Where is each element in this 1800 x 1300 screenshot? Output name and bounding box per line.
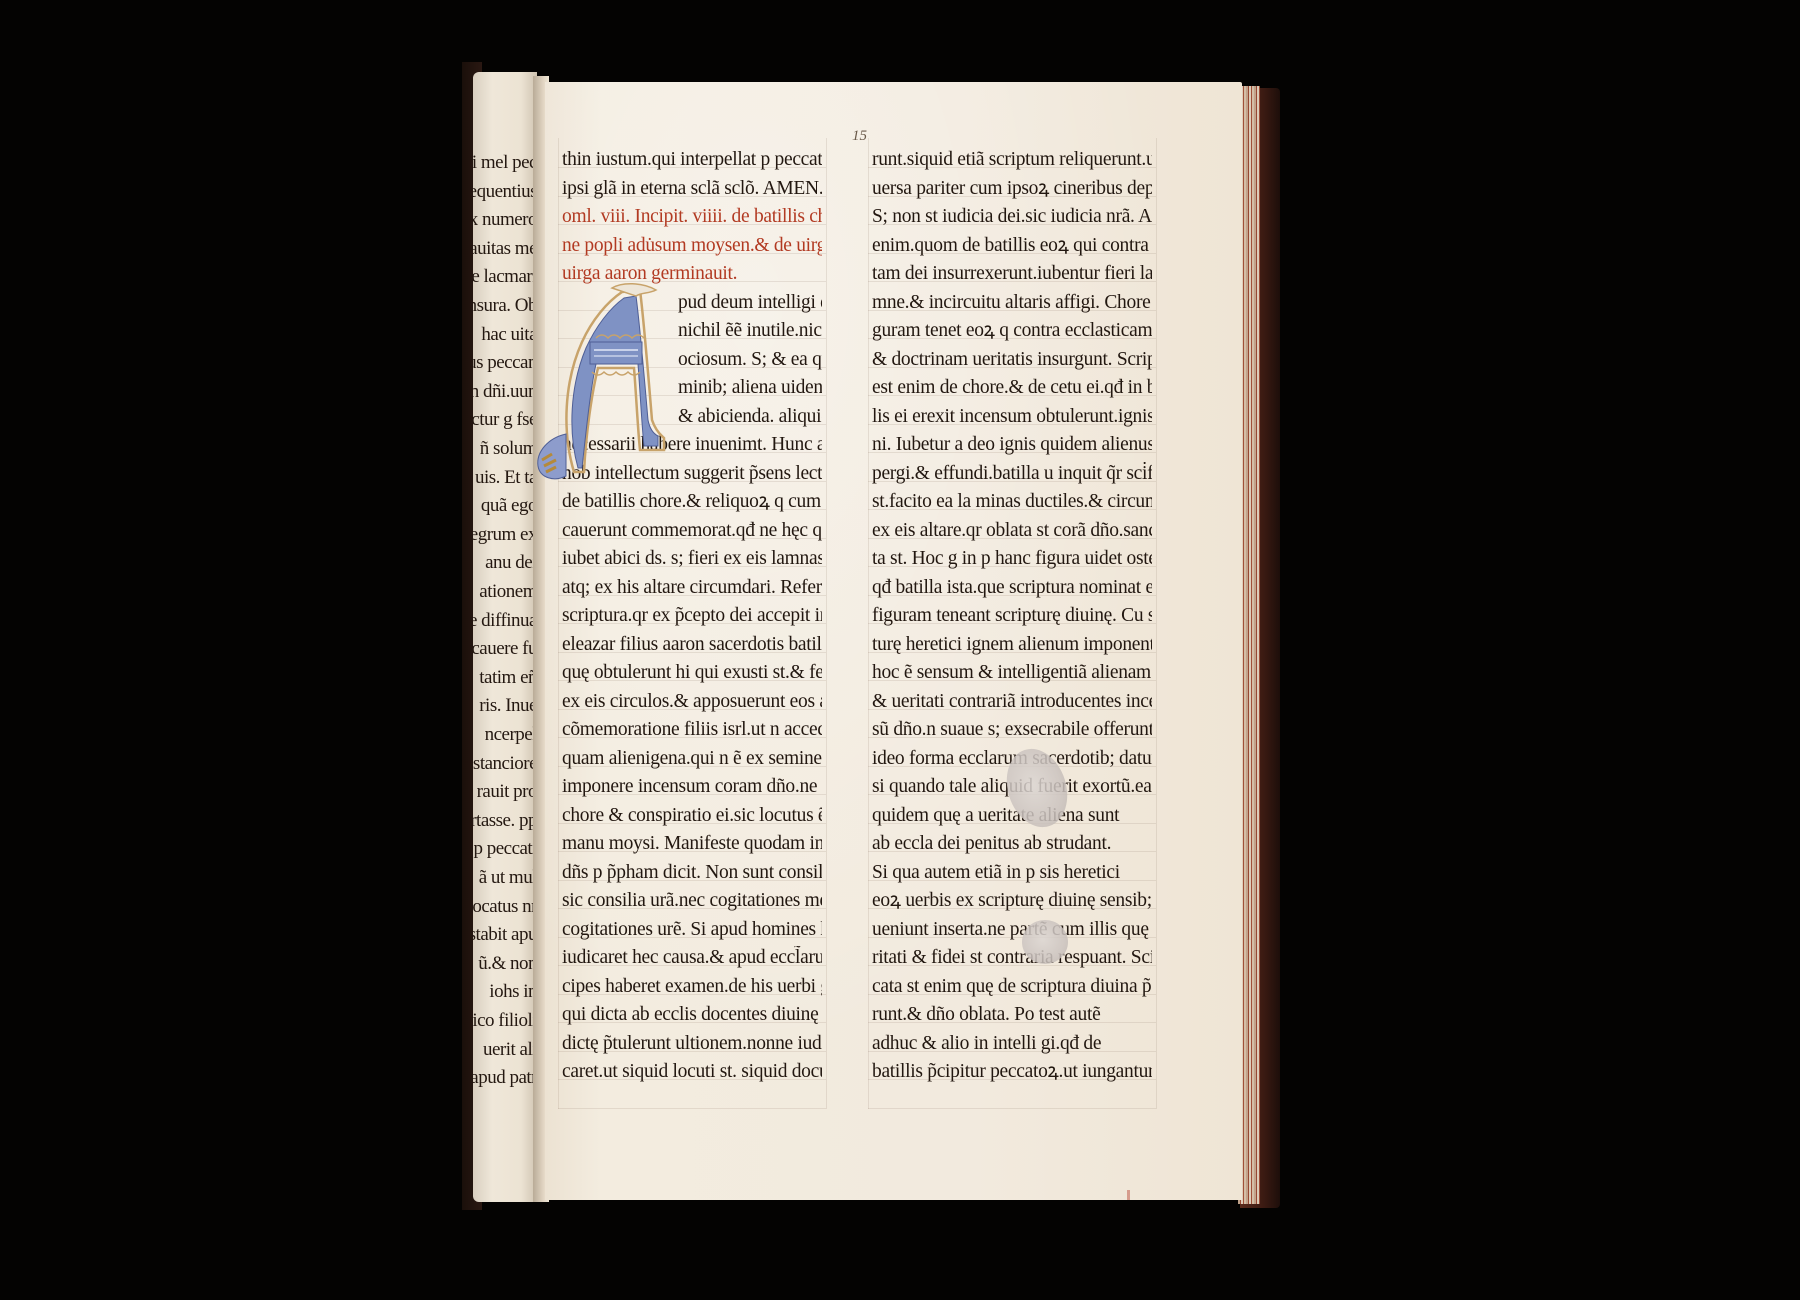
- text-line-content: imponere incensum coram dño.ne fiat sic: [562, 776, 822, 797]
- verso-text-line: hac uita: [473, 324, 537, 346]
- text-line: imponere incensum coram dño.ne fiat sic: [562, 775, 822, 799]
- text-line: scriptura.qr ex p̃cepto dei accepit inqu…: [562, 604, 822, 628]
- text-line: ociosum. S; & ea quę ho: [678, 348, 822, 372]
- text-line: cogitationes urẽ. Si apud homines hodie: [562, 918, 822, 942]
- text-line: turę heretici ignem alienum imponentes.: [872, 633, 1152, 657]
- text-line: ueniunt inserta.ne partẽ cum illis quę u…: [872, 918, 1152, 942]
- text-line: quam alienigena.qui n ẽ ex semine aaron.: [562, 747, 822, 771]
- verso-text-line: ñ solum: [473, 438, 537, 460]
- verso-text-line: requentius: [473, 181, 537, 203]
- text-line: Si qua autem etiã in p sis heretici: [872, 861, 1152, 885]
- verso-text-line: anu dei: [473, 552, 537, 574]
- text-line: quę obtulerunt hi qui exusti st.& fecerũ…: [562, 661, 822, 685]
- text-line-content: iubet abici ds. s; fieri ex eis lamnas d…: [562, 548, 822, 569]
- verso-text-line: ensura. Ob: [473, 295, 537, 317]
- text-line: cipes haberet examen.de his uerbi gratia: [562, 975, 822, 999]
- text-line-content: cogitationes urẽ. Si apud homines hodie: [562, 919, 822, 940]
- text-line: nichil ẽẽ inutile.nichil: [678, 319, 822, 343]
- text-line: quidem quę a ueritate aliena sunt: [872, 804, 1152, 828]
- text-line: cata st enim quę de scriptura diuina p̃s…: [872, 975, 1152, 999]
- rubric-line: oml. viii. Incipit. viiii. de batillis c…: [562, 205, 822, 229]
- verso-text-line: stanciore: [473, 753, 537, 775]
- text-line-content: scriptura.qr ex p̃cepto dei accepit inqu…: [562, 605, 822, 626]
- verso-text-line: iohs in: [473, 981, 537, 1003]
- text-line-content: nichil ẽẽ inutile.nichil: [678, 320, 822, 341]
- text-line-content: pud deum intelligi datur: [678, 292, 822, 313]
- text-line: & doctrinam ueritatis insurgunt. Scriptũ: [872, 348, 1152, 372]
- text-line: tam dei insurrexerunt.iubentur fieri la: [872, 262, 1152, 286]
- verso-text-line: uerit ali: [473, 1039, 537, 1061]
- text-line: lis ei erexit incensum obtulerunt.ignis …: [872, 405, 1152, 429]
- text-line-content: thin iustum.qui interpellat p peccatis n…: [562, 149, 822, 170]
- verso-text-line: rauit pro: [473, 781, 537, 803]
- parchment-hole: [1022, 920, 1068, 964]
- text-line: pergi.& effundi.batilla u inquit q̃r sci…: [872, 462, 1152, 486]
- verso-text-line: apud patr: [473, 1067, 537, 1089]
- text-line-content: chore & conspiratio ei.sic locutus ẽ dñs…: [562, 805, 822, 826]
- text-line: de batillis chore.& reliquoꝝ q cum ipso …: [562, 490, 822, 514]
- verso-text-line: a.si mel pec: [473, 152, 537, 174]
- text-line-content: dictę p̃tulerunt ultionem.nonne iudi: [562, 1033, 822, 1054]
- text-line: atq; ex his altare circumdari. Refert er…: [562, 576, 822, 600]
- text-line: enim.quom de batillis eoꝝ qui contra p̃p…: [872, 234, 1152, 258]
- text-line: S; non st iudicia dei.sic iudicia nrã. A…: [872, 205, 1152, 229]
- verso-text-line: ũ.& non: [473, 953, 537, 975]
- text-line: sũ dño.n suaue s; exsecrabile offerunt. …: [872, 718, 1152, 742]
- verso-page-fragment: a.si mel pecrequentiusx numero.auitas me…: [473, 72, 537, 1202]
- verso-text-line: ris. Inue: [473, 695, 537, 717]
- red-mark: [1127, 1190, 1130, 1200]
- text-line-content: sic consilia urã.nec cogitationes meę si…: [562, 890, 822, 911]
- text-line-content: quam alienigena.qui n ẽ ex semine aaron.: [562, 748, 822, 769]
- text-line: mne.& incircuitu altaris affigi. Chore f…: [872, 291, 1152, 315]
- text-line: manu moysi. Manifeste quodam in loco.: [562, 832, 822, 856]
- folio-number: 15: [852, 128, 867, 145]
- text-line-content: oml. viii. Incipit. viiii. de batillis c…: [562, 206, 822, 227]
- text-line-content: quę obtulerunt hi qui exusti st.& fecerũ…: [562, 662, 822, 683]
- text-line-content: iudicaret hec causa.& apud eccl̃arum p̃n: [562, 947, 822, 968]
- text-line: qđ batilla ista.que scriptura nominat er…: [872, 576, 1152, 600]
- manuscript-viewer: a.si mel pecrequentiusx numero.auitas me…: [0, 0, 1800, 1300]
- recto-page: thin iustum.qui interpellat p peccatis n…: [545, 82, 1242, 1200]
- text-line: runt.& dño oblata. Po test autẽ: [872, 1003, 1152, 1027]
- verso-text-line: ncerpel: [473, 724, 537, 746]
- text-line: dñs p p̃pham dicit. Non sunt consilia me…: [562, 861, 822, 885]
- text-line-content: ociosum. S; & ea quę ho: [678, 349, 822, 370]
- text-line-content: & abicienda. aliquid opis: [678, 406, 822, 427]
- verso-text-line: us peccan: [473, 352, 537, 374]
- verso-text-line: ã ut mul: [473, 867, 537, 889]
- verso-text-line: n dñi.uun: [473, 381, 537, 403]
- verso-text-line: ationem: [473, 581, 537, 603]
- verso-text-line: quã ego: [473, 495, 537, 517]
- text-line: st.facito ea la minas ductiles.& circumd…: [872, 490, 1152, 514]
- text-line-content: ex eis circulos.& apposuerunt eos altari…: [562, 691, 822, 712]
- text-line: sic consilia urã.nec cogitationes meę si…: [562, 889, 822, 913]
- text-line: eoꝝ uerbis ex scripturę diuinę sensib; i…: [872, 889, 1152, 913]
- text-line: ipsi glã in eterna sclã sclõ. AMEN.Expli…: [562, 177, 822, 201]
- text-line-content: manu moysi. Manifeste quodam in loco.: [562, 833, 822, 854]
- text-line-content: de batillis chore.& reliquoꝝ q cum ipso …: [562, 491, 822, 512]
- text-line: cõmemoratione filiis isrl.ut n accedat q…: [562, 718, 822, 742]
- text-line: cauerunt commemorat.qđ ne hęc quidem: [562, 519, 822, 543]
- text-line: est enim de chore.& de cetu ei.qđ in bat…: [872, 376, 1152, 400]
- text-line: runt.siquid etiã scriptum reliquerunt.un…: [872, 148, 1152, 172]
- text-line: pud deum intelligi datur: [678, 291, 822, 315]
- verso-text-line: auitas me: [473, 238, 537, 260]
- text-line: minib; aliena uidentur: [678, 376, 822, 400]
- ruling-column-bound: [1156, 138, 1157, 1109]
- text-line: iubet abici ds. s; fieri ex eis lamnas d…: [562, 547, 822, 571]
- text-line-content: ipsi glã in eterna sclã sclõ. AMEN.: [562, 178, 822, 199]
- verso-text-line: uis. Et ta: [473, 467, 537, 489]
- verso-text-line: rtasse. pp: [473, 810, 537, 832]
- text-line-content: atq; ex his altare circumdari. Refert er…: [562, 577, 822, 598]
- text-line: iudicaret hec causa.& apud eccl̃arum p̃n: [562, 946, 822, 970]
- ruling-column-bound: [868, 138, 869, 1109]
- text-line: ex eis altare.qr oblata st corã dño.sanc…: [872, 519, 1152, 543]
- verso-text-line: pane lacmari: [473, 266, 537, 288]
- text-line: caret.ut siquid locuti st. siquid docue: [562, 1060, 822, 1084]
- rubric-line: ne popli adu̇sum moysen.& de uirgis in q…: [562, 234, 822, 258]
- text-line: & ueritati contrariã introducentes incen: [872, 690, 1152, 714]
- text-line-content: minib; aliena uidentur: [678, 377, 822, 398]
- text-line: ni. Iubetur a deo ignis quidem alienus d…: [872, 433, 1152, 457]
- text-line: & abicienda. aliquid opis: [678, 405, 822, 429]
- verso-text-line: x numero.: [473, 209, 537, 231]
- text-line: eleazar filius aaron sacerdotis batilla …: [562, 633, 822, 657]
- text-line-content: caret.ut siquid locuti st. siquid docue: [562, 1061, 822, 1082]
- verso-text-line: egrum ex: [473, 524, 537, 546]
- verso-text-line: e diffinua: [473, 610, 537, 632]
- text-line-content: cauerunt commemorat.qđ ne hęc quidem: [562, 520, 822, 541]
- text-line: uersa pariter cum ipsoꝝ cineribus deperi…: [872, 177, 1152, 201]
- text-line: dictę p̃tulerunt ultionem.nonne iudi: [562, 1032, 822, 1056]
- ruling-line: [868, 1108, 1156, 1109]
- text-line-content: dñs p p̃pham dicit. Non sunt consilia me…: [562, 862, 822, 883]
- text-line: adhuc & alio in intelli gi.qđ de: [872, 1032, 1152, 1056]
- text-line-content: eleazar filius aaron sacerdotis batilla …: [562, 634, 822, 655]
- verso-text-line: tatim eñ: [473, 667, 537, 689]
- text-line: ritati & fidei st contraria respuant. Sc…: [872, 946, 1152, 970]
- text-line-content: qui dicta ab ecclis docentes diuinę uin: [562, 1004, 822, 1025]
- initial-tail-flourish: [532, 430, 572, 485]
- text-line: ta st. Hoc g in p hanc figura uidet oste…: [872, 547, 1152, 571]
- text-line: guram tenet eoꝝ q contra ecclasticam fid…: [872, 319, 1152, 343]
- verso-text-line: ectur g fse: [473, 409, 537, 431]
- verso-text-line: ico filioli: [473, 1010, 537, 1032]
- text-line: ab eccla dei penitus ab strudant.: [872, 832, 1152, 856]
- text-line: figuram teneant scripturę diuinę. Cu scr…: [872, 604, 1152, 628]
- verso-text-line: ocatus nr: [473, 896, 537, 918]
- verso-text-line: stabit apu: [473, 924, 537, 946]
- text-line: ex eis circulos.& apposuerunt eos altari…: [562, 690, 822, 714]
- text-line: chore & conspiratio ei.sic locutus ẽ dñs…: [562, 804, 822, 828]
- text-line-content: ne popli adu̇sum moysen.& de uirgis in q…: [562, 235, 822, 256]
- ruling-line: [558, 1108, 826, 1109]
- text-line: qui dicta ab ecclis docentes diuinę uin: [562, 1003, 822, 1027]
- text-line-content: uirga aaron germinauit.: [562, 263, 737, 284]
- text-line-content: cipes haberet examen.de his uerbi gratia: [562, 976, 822, 997]
- ruling-column-bound: [826, 138, 827, 1109]
- text-line: hoc ẽ sensum & intelligentiã alienam a d…: [872, 661, 1152, 685]
- text-line: batillis p̃cipitur peccatoꝝ.ut iungantur: [872, 1060, 1152, 1084]
- verso-text-line: p peccati: [473, 838, 537, 860]
- text-line: thin iustum.qui interpellat p peccatis n…: [562, 148, 822, 172]
- text-line-content: cõmemoratione filiis isrl.ut n accedat q…: [562, 719, 822, 740]
- verso-text-line: cauere fu: [473, 638, 537, 660]
